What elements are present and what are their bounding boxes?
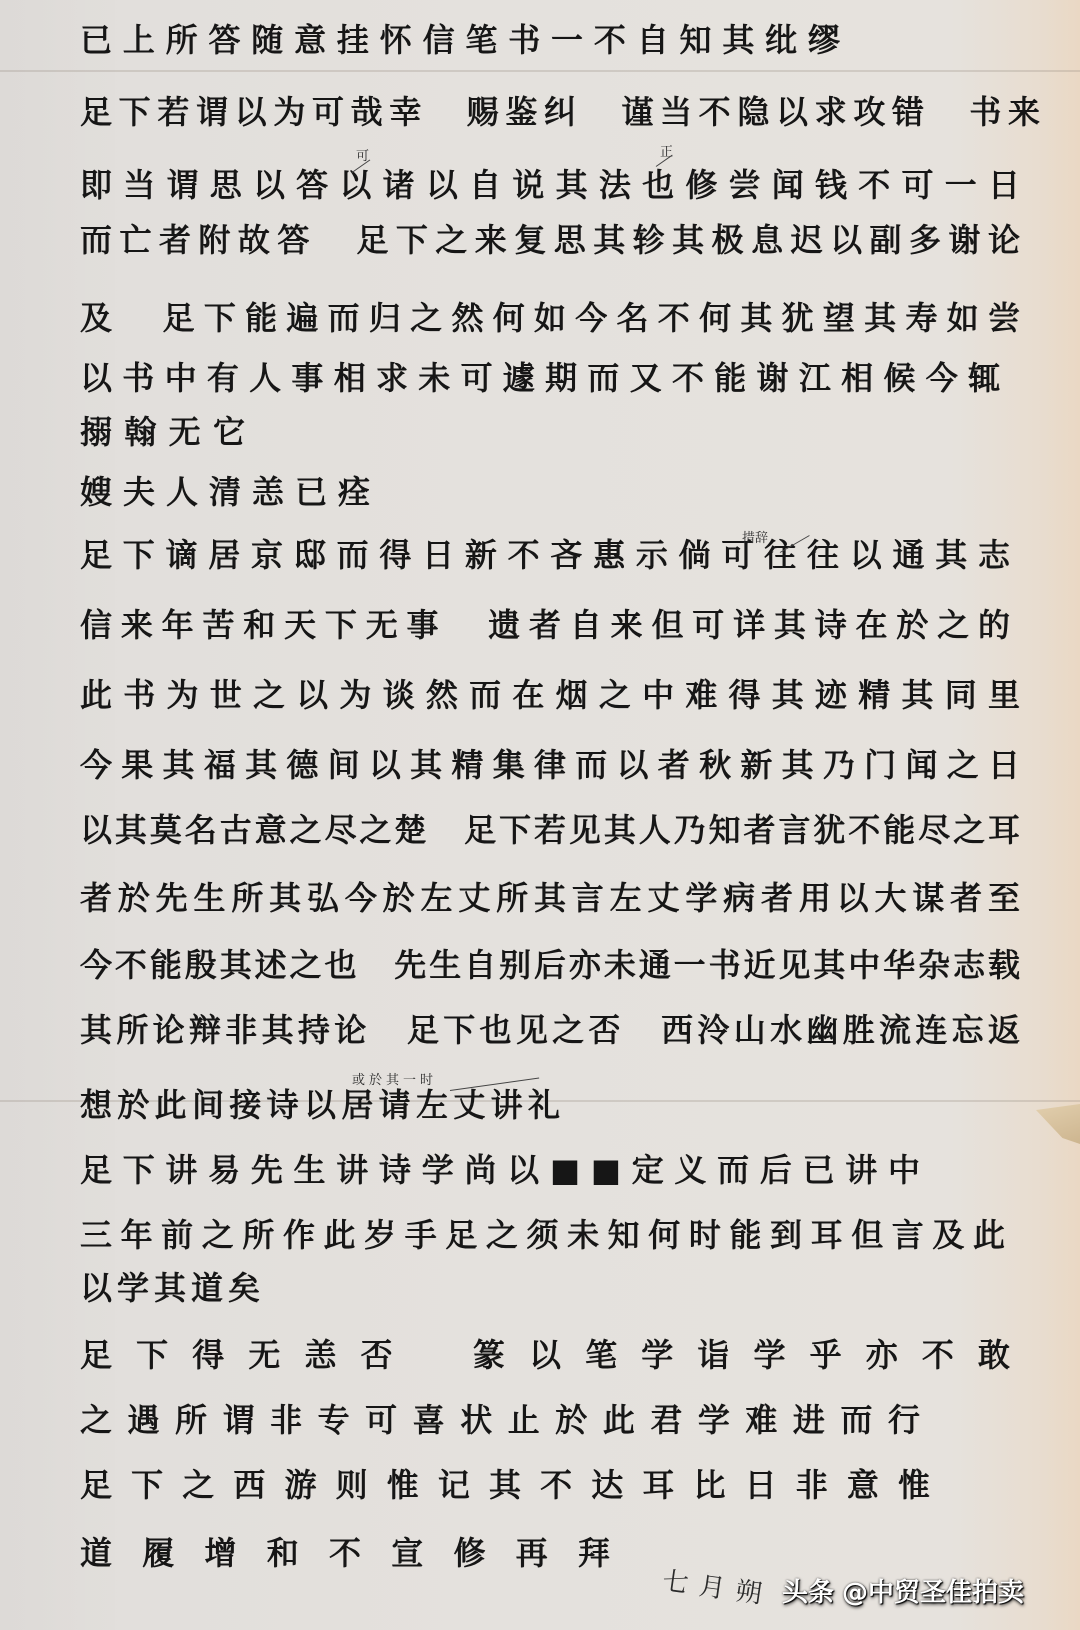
letter-line: 今果其福其德间以其精集律而以者秋新其乃门闻之日: [80, 743, 1020, 787]
letter-line: 即当谓思以答以诸以自说其法也修尝闻钱不可一日: [80, 163, 1020, 207]
letter-line: 之遇所谓非专可喜状止於此君学难进而行: [80, 1398, 920, 1442]
letter-line: 足下得无恙否 篆以笔学诣学乎亦不敢: [80, 1333, 1010, 1377]
letter-line: 道履增和不宣修再拜: [80, 1531, 610, 1575]
letter-line: 嫂夫人清恙已痊: [80, 470, 370, 514]
letter-line: 其所论辩非其持论 足下也见之否 西泠山水幽胜流连忘返: [80, 1008, 1020, 1052]
letter-line: 及 足下能遍而归之然何如今名不何其犹望其寿如尝: [80, 296, 1020, 340]
letter-line: 今不能殷其述之也 先生自别后亦未通一书近见其中华杂志载: [80, 943, 1020, 987]
letter-line: 足下若谓以为可哉幸 赐鉴纠 谨当不隐以求攻错 书来: [80, 90, 1040, 134]
letter-line: 信来年苦和天下无事 遗者自来但可详其诗在於之的: [80, 603, 1010, 647]
watermark: 头条@中贸圣佳拍卖: [782, 1575, 1024, 1611]
letter-line: 搦翰无它: [80, 410, 245, 454]
letter-line: 已上所答随意挂怀信笔书一不自知其纰缪: [80, 18, 840, 62]
watermark-handle: @中贸圣佳拍卖: [842, 1578, 1024, 1608]
letter-line: 足下谪居京邸而得日新不吝惠示倘可往往以通其志: [80, 533, 1010, 577]
inserted-annotation: 措辞: [742, 532, 768, 546]
paper-fold-line: [0, 70, 1080, 72]
letter-line: 而亡者附故答 足下之来复思其轸其极息迟以副多谢论: [80, 218, 1020, 262]
letter-line: 足下之西游则惟记其不达耳比日非意惟: [80, 1463, 930, 1507]
letter-line: 此书为世之以为谈然而在烟之中难得其迹精其同里: [80, 673, 1020, 717]
watermark-platform: 头条: [782, 1578, 834, 1608]
letter-line: 三年前之所作此岁手足之须未知何时能到耳但言及此: [80, 1213, 1005, 1257]
letter-line: 以学其道矣: [80, 1266, 260, 1310]
inserted-annotation: 或於其一时: [352, 1074, 437, 1088]
letter-line: 者於先生所其弘今於左丈所其言左丈学病者用以大谋者至: [80, 876, 1020, 920]
letter-line: 以其莫名古意之尽之楚 足下若见其人乃知者言犹不能尽之耳: [80, 808, 1020, 852]
letter-line: 足下讲易先生讲诗学尚以■■定义而后已讲中: [80, 1148, 920, 1192]
letter-line: 以书中有人事相求未可遽期而又不能谢江相候今辄: [80, 356, 1000, 400]
letter-line: 想於此间接诗以居请左丈讲礼: [80, 1083, 560, 1127]
